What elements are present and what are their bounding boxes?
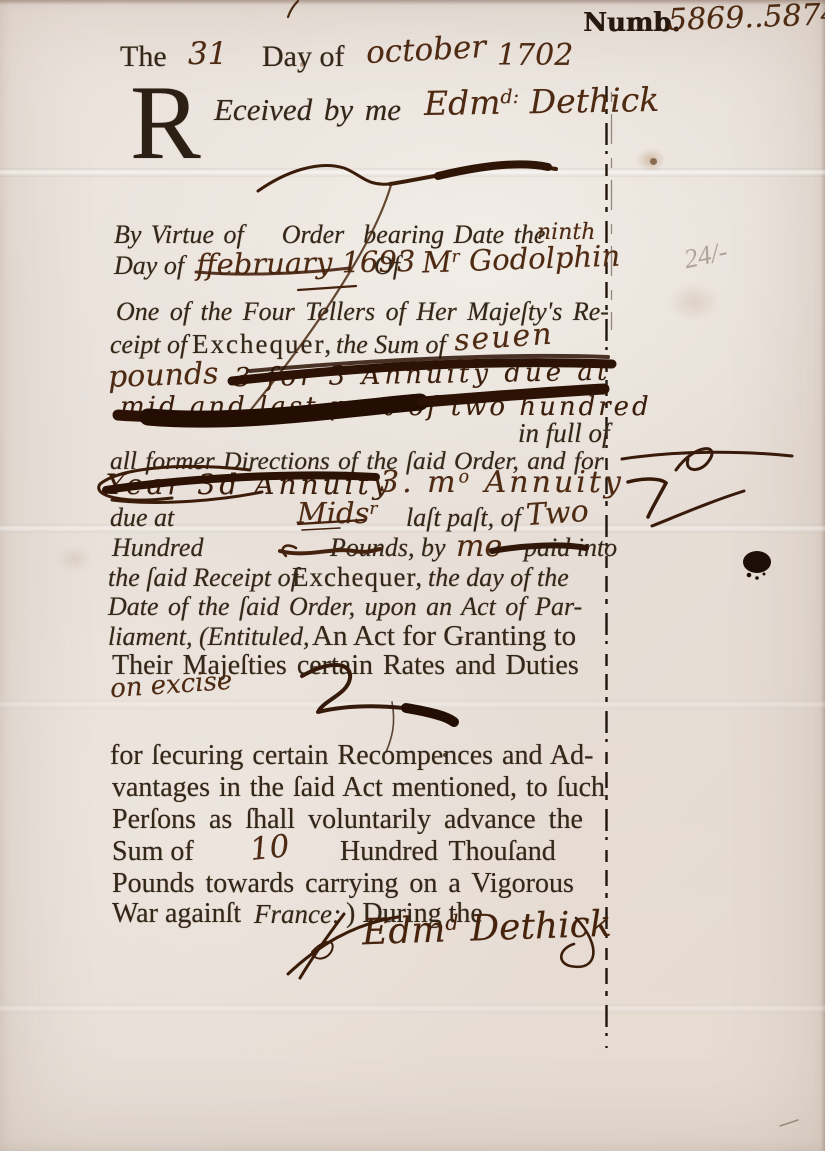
printed-hundred: Hundred: [112, 533, 203, 563]
dropcap-r: R: [130, 78, 201, 168]
pencil-note: 24/-: [681, 236, 730, 275]
printed-for-securing: for ſecuring certain Recompences and Ad-: [110, 740, 593, 772]
ink-blot-drip: [763, 573, 766, 576]
printed-ceipt-of: ceipt of: [110, 330, 187, 360]
numb-value: 5869..5874: [667, 0, 825, 38]
margin-stroke: [622, 452, 792, 459]
ink-blot-drip: [747, 573, 752, 578]
printed-liament-entituled: liament, (Entituled,: [108, 622, 309, 652]
printed-date-of-order: Date of the ſaid Order, upon an Act of P…: [108, 592, 582, 622]
document-scan: Numb. 5869..5874 The 31 Day of october 1…: [0, 0, 825, 1151]
fold-crease: [0, 1004, 825, 1013]
printed-persons: Perſons as ſhall voluntarily advance the: [112, 804, 583, 836]
printed-exchequer-2: Exchequer,: [292, 562, 423, 593]
handwritten-struck-line1: 3 for 3 Annuity due at: [234, 357, 612, 394]
underline-1693: [298, 286, 356, 290]
handwritten-godolphin: Mr Godolphin: [421, 239, 620, 280]
ink-blot: [743, 551, 771, 573]
handwritten-ten: 10: [248, 828, 291, 868]
handwritten-me: me: [456, 529, 502, 564]
margin-seven-leg: [648, 483, 666, 517]
printed-hundred-thousand: Hundred Thouſand: [340, 836, 556, 868]
handwritten-received-name: Edmd: Dethick: [424, 80, 660, 123]
printed-said-receipt: the ſaid Receipt of: [108, 563, 298, 593]
handwritten-year: 1702: [497, 38, 573, 73]
printed-the-sum-of: the Sum of: [336, 330, 446, 360]
margin-seven-top: [628, 479, 666, 483]
printed-day-of-2: Day of: [114, 251, 184, 281]
paper-stain: [56, 545, 92, 573]
dash-loop: [283, 546, 296, 556]
numb-label: Numb.: [583, 8, 680, 38]
pen-hairline: [780, 1120, 798, 1126]
printed-due-at: due at: [110, 503, 174, 533]
printed-vantages: vantages in the ſaid Act mentioned, to ſ…: [112, 772, 605, 804]
printed-day-of-the: the day of the: [428, 563, 569, 593]
fold-crease: [0, 168, 825, 177]
printed-an-act: An Act for Granting to: [312, 620, 576, 653]
printed-day-of: Day of: [262, 40, 344, 74]
printed-paid-into: paid into: [524, 533, 617, 563]
handwritten-seuen: seuen: [453, 317, 555, 359]
printed-france: France;: [254, 899, 341, 930]
printed-received-by-me: Eceived by me: [214, 92, 401, 128]
signature-dethick: Edmd Dethick: [361, 904, 612, 954]
printed-war-against: War againſt: [112, 898, 241, 930]
margin-slash: [652, 491, 744, 526]
handwritten-pounds: pounds: [107, 356, 219, 395]
ink-speck: [650, 158, 657, 165]
ink-blot-drip: [755, 576, 759, 580]
handwritten-month: october: [365, 29, 487, 71]
scribble-flourish-heavy: [406, 708, 454, 722]
printed-sum-of: Sum of: [112, 836, 194, 868]
printed-pounds-towards: Pounds towards carrying on a Vigorous: [112, 868, 574, 900]
signature-loop: [312, 942, 333, 959]
handwritten-mids: Midsr: [297, 496, 377, 530]
paper-stain: [668, 282, 720, 322]
printed-in-full-of: in full of: [518, 418, 610, 449]
printed-of: Of: [374, 251, 400, 281]
handwritten-two: Two: [525, 494, 590, 533]
printed-pounds-by: Pounds, by: [330, 533, 446, 563]
margin-loop: [676, 449, 712, 470]
